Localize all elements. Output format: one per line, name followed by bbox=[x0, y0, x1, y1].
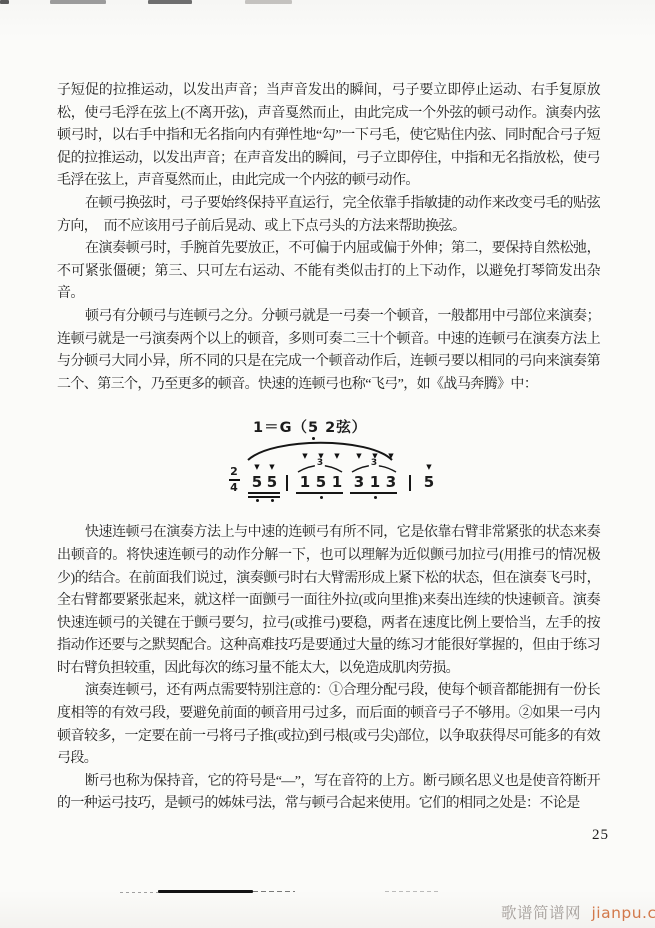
paragraph: 演奏连顿弓，还有两点需要特别注意的：①合理分配弓段，使每个顿音都能拥有一份长度相… bbox=[57, 680, 600, 770]
paragraph: 在演奏顿弓时，手腕首先要放正，不可偏于内屈或偏于外伸；第二，要保持自然松弛，不可… bbox=[57, 238, 600, 306]
note-digit: 1 bbox=[299, 474, 311, 490]
triplet-bracket: 3 bbox=[351, 462, 397, 473]
note-digit: 5 bbox=[315, 474, 327, 490]
scan-smudge bbox=[385, 891, 440, 892]
barline bbox=[409, 475, 411, 491]
octave-dot bbox=[320, 496, 323, 499]
scan-smudge bbox=[120, 892, 158, 893]
watermark-site-name: 歌谱简谱网 bbox=[501, 904, 581, 922]
octave-dot bbox=[374, 496, 377, 499]
staccato-icon: ▼ bbox=[385, 452, 397, 460]
page-number: 25 bbox=[592, 827, 609, 844]
staccato-icon: ▼ bbox=[299, 452, 311, 460]
time-signature: 2 4 bbox=[227, 466, 241, 494]
beam-line bbox=[248, 496, 280, 498]
note-digit: 3 bbox=[385, 474, 397, 490]
time-signature-top: 2 bbox=[227, 466, 241, 478]
note-digit: 1 bbox=[369, 474, 381, 490]
note-digit: 5 bbox=[266, 474, 278, 490]
triplet-bracket: 3 bbox=[297, 462, 343, 473]
triplet-number: 3 bbox=[369, 458, 379, 468]
music-notation-example: 1＝G（52弦） 2 4 ▼ ▼ 5 5 ▼ ▼ ▼ 3 bbox=[57, 416, 600, 508]
paragraph: 顿弓有分顿弓与连顿弓之分。分顿弓就是一弓奏一个顿音，一般都用中弓部位来演奏；连顿… bbox=[57, 306, 600, 396]
staccato-icon: ▼ bbox=[423, 463, 435, 471]
time-signature-bottom: 4 bbox=[227, 482, 241, 494]
staccato-icon: ▼ bbox=[251, 463, 263, 471]
paragraph: 断弓也称为保持音，它的符号是“—”，写在音符的上方。断弓顾名思义也是使音符断开的… bbox=[57, 771, 600, 816]
octave-dot bbox=[271, 499, 274, 502]
scan-artifact bbox=[245, 0, 292, 4]
barline bbox=[286, 475, 288, 491]
beam-line bbox=[248, 492, 280, 494]
watermark-site-url: jianpu.cn bbox=[591, 904, 655, 922]
staccato-icon: ▼ bbox=[331, 452, 343, 460]
scan-smudge bbox=[158, 890, 253, 893]
scan-artifact bbox=[50, 0, 106, 4]
site-watermark: 歌谱简谱网 jianpu.cn bbox=[501, 901, 655, 923]
paragraph: 快速连顿弓在演奏方法上与中速的连顿弓有所不同，它是依靠右臂非常紧张的状态来奏出顿… bbox=[57, 522, 600, 680]
octave-dot bbox=[256, 499, 259, 502]
beam-line bbox=[296, 492, 343, 494]
staccato-icon: ▼ bbox=[266, 463, 278, 471]
note-digit: 3 bbox=[353, 474, 365, 490]
beam-line bbox=[350, 492, 397, 494]
note-digit: 1 bbox=[331, 474, 343, 490]
scan-smudge bbox=[253, 891, 295, 892]
scan-artifact bbox=[0, 0, 9, 4]
paragraph: 在顿弓换弦时，弓子要始终保持平直运行，完全依靠手指敏捷的动作来改变弓毛的贴弦方向… bbox=[57, 193, 600, 238]
scan-artifact bbox=[148, 0, 192, 4]
note-digit: 5 bbox=[423, 474, 435, 490]
note-digit: 5 bbox=[251, 474, 263, 490]
paragraph: 子短促的拉推运动，以发出声音；当声音发出的瞬间，弓子要立即停止运动、右手复原放松… bbox=[57, 80, 600, 193]
page-body-text: 子短促的拉推运动，以发出声音；当声音发出的瞬间，弓子要立即停止运动、右手复原放松… bbox=[57, 80, 600, 816]
triplet-number: 3 bbox=[315, 458, 325, 468]
staccato-icon: ▼ bbox=[353, 452, 365, 460]
